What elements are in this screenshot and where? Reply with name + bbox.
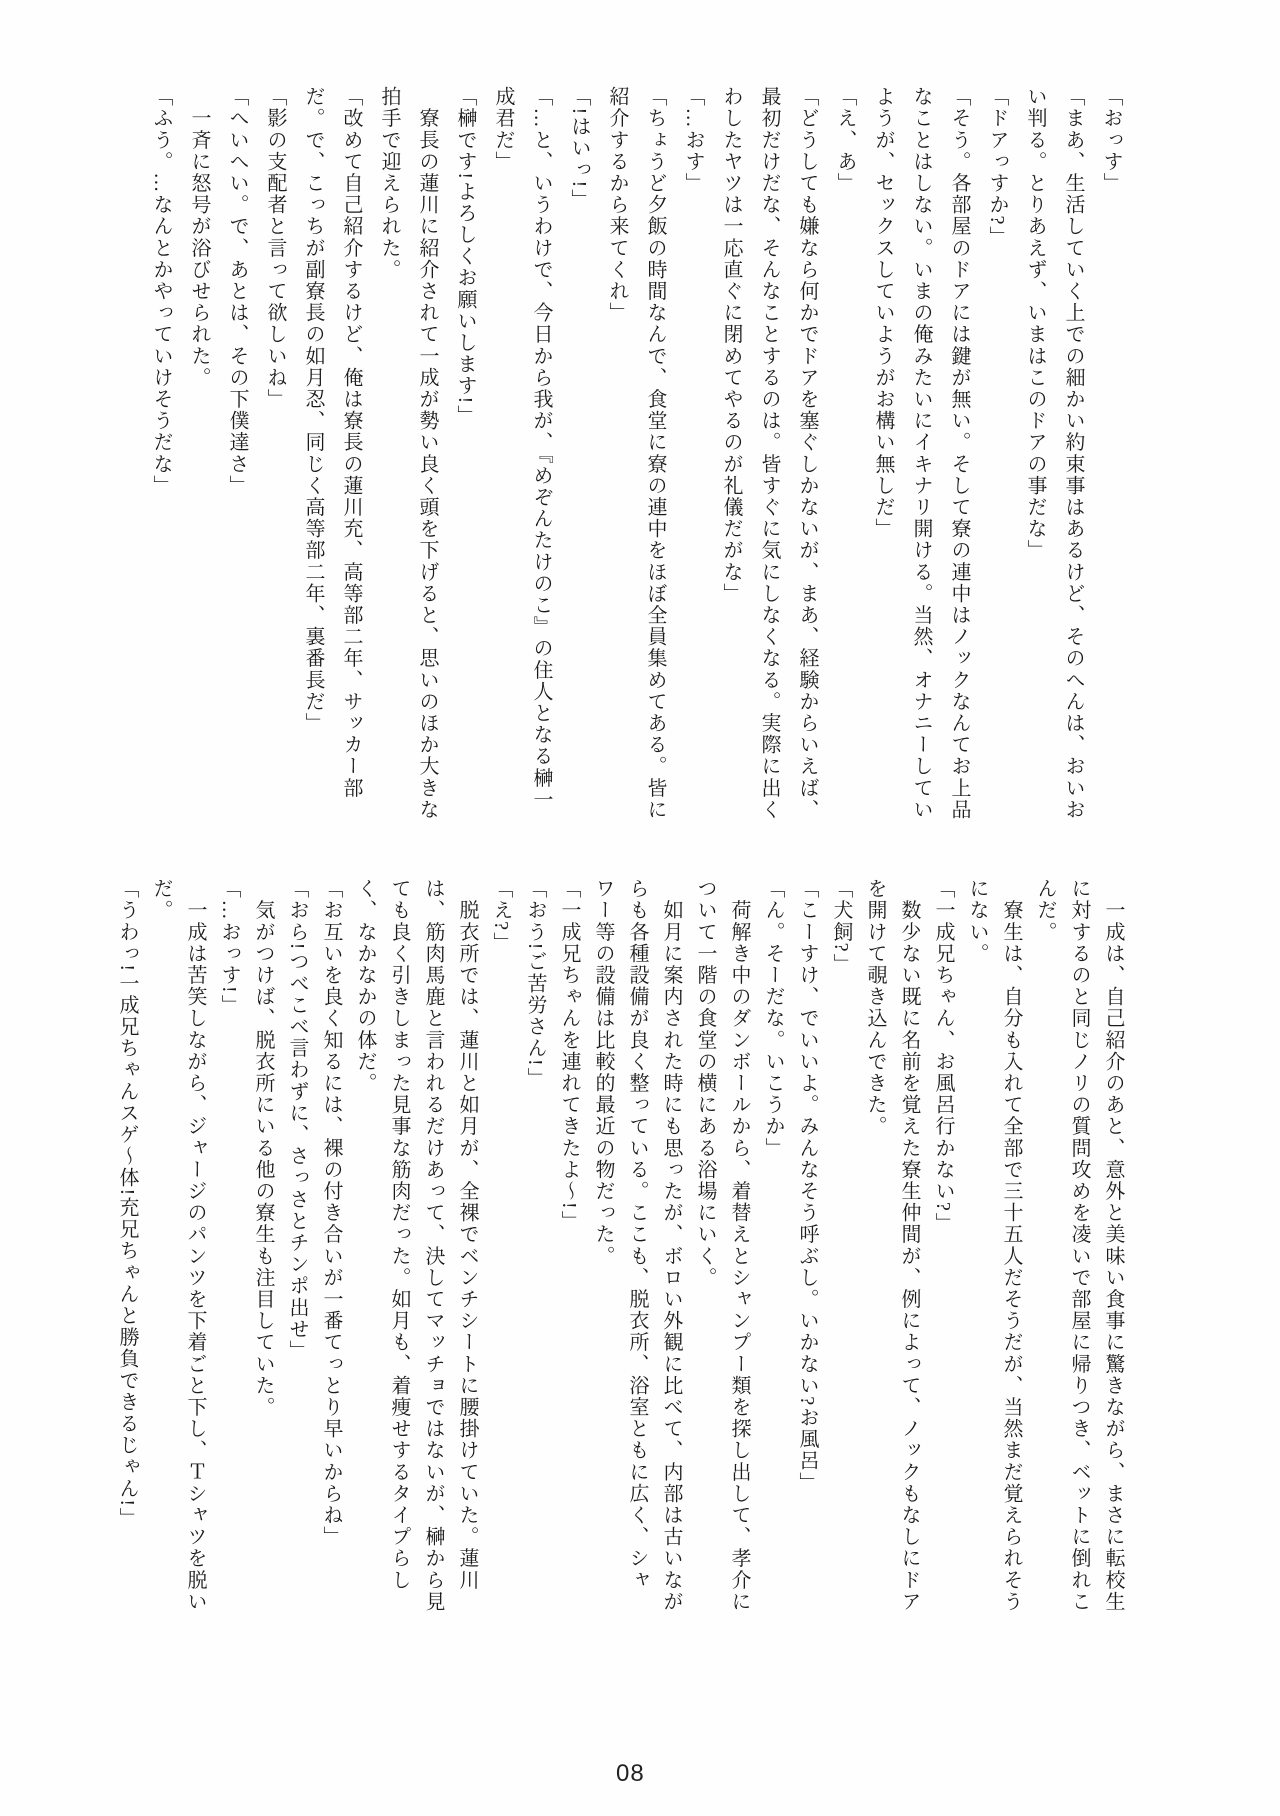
paragraph: 「…おす」 xyxy=(674,86,712,828)
lower-text-block: 一成は、自己紹介のあと、意外と美味い食事に驚きながら、まさに転校生に対するのと同… xyxy=(110,878,1130,1620)
paragraph: 「一成兄ちゃんを連れてきたよ〜!」 xyxy=(552,878,586,1620)
scanned-book-page: 「おっす」 「まあ、生活していく上での細かい約束事はあるけど、そのへんは、おいお… xyxy=(0,0,1280,1816)
upper-text-block: 「おっす」 「まあ、生活していく上での細かい約束事はあるけど、そのへんは、おいお… xyxy=(142,86,1130,828)
paragraph: 脱衣所では、蓮川と如月が、全裸でベンチシートに腰掛けていた。蓮川は、筋肉馬鹿と言… xyxy=(348,878,484,1620)
paragraph: 「おら!つべこべ言わずに、さっさとチンポ出せ」 xyxy=(280,878,314,1620)
paragraph: 一成は、自己紹介のあと、意外と美味い食事に驚きながら、まさに転校生に対するのと同… xyxy=(1028,878,1130,1620)
paragraph: 寮長の蓮川に紹介されて一成が勢い良く頭を下げると、思いのほか大きな拍手で迎えられ… xyxy=(370,86,446,828)
paragraph: 「犬飼?」 xyxy=(824,878,858,1620)
paragraph: 「榊です!よろしくお願いします!」 xyxy=(446,86,484,828)
paragraph: 気がつけば、脱衣所にいる他の寮生も注目していた。 xyxy=(246,878,280,1620)
paragraph: 荷解き中のダンボールから、着替えとシャンプー類を探し出して、孝介について一階の食… xyxy=(688,878,756,1620)
paragraph: 「ドアっすか?」 xyxy=(978,86,1016,828)
paragraph: 一斉に怒号が浴びせられた。 xyxy=(180,86,218,828)
paragraph: 「…おっす!」 xyxy=(212,878,246,1620)
paragraph: 「どうしても嫌なら何かでドアを塞ぐしかないが、まあ、経験からいえば、最初だけだな… xyxy=(712,86,826,828)
page-number: 08 xyxy=(616,1760,645,1788)
paragraph: 如月に案内された時にも思ったが、ボロい外観に比べて、内部は古いながらも各種設備が… xyxy=(586,878,688,1620)
paragraph: 「え、あ」 xyxy=(826,86,864,828)
paragraph: 「ちょうど夕飯の時間なんで、食堂に寮の連中をほぼ全員集めてある。皆に紹介するから… xyxy=(598,86,674,828)
paragraph: 「お互いを良く知るには、裸の付き合いが一番てっとり早いからね」 xyxy=(314,878,348,1620)
paragraph: 数少ない既に名前を覚えた寮生仲間が、例によって、ノックもなしにドアを開けて覗き込… xyxy=(858,878,926,1620)
paragraph: 「ん。そーだな。いこうか」 xyxy=(756,878,790,1620)
paragraph: 「え?」 xyxy=(484,878,518,1620)
paragraph: 「へいへい。で、あとは、その下僕達さ」 xyxy=(218,86,256,828)
paragraph: 「影の支配者と言って欲しいね」 xyxy=(256,86,294,828)
paragraph: 寮生は、自分も入れて全部で三十五人だそうだが、当然まだ覚えられそうにない。 xyxy=(960,878,1028,1620)
paragraph: 「そう。各部屋のドアには鍵が無い。そして寮の連中はノックなんてお上品なことはしな… xyxy=(864,86,978,828)
paragraph: 「…と、いうわけで、今日から我が、『めぞんたけのこ』の住人となる榊一成君だ」 xyxy=(484,86,560,828)
paragraph: 「こーすけ、でいいよ。みんなそう呼ぶし。いかない?お風呂」 xyxy=(790,878,824,1620)
paragraph: 「!はいっ!」 xyxy=(560,86,598,828)
paragraph: 「まあ、生活していく上での細かい約束事はあるけど、そのへんは、おいおい判る。とり… xyxy=(1016,86,1092,828)
paragraph: 「ふう。…なんとかやっていけそうだな」 xyxy=(142,86,180,828)
paragraph: 「おう!ご苦労さん!」 xyxy=(518,878,552,1620)
paragraph: 「おっす」 xyxy=(1092,86,1130,828)
paragraph: 「一成兄ちゃん、お風呂行かない?」 xyxy=(926,878,960,1620)
paragraph: 「うわっ!一成兄ちゃんスゲ〜体!充兄ちゃんと勝負できるじゃん!」 xyxy=(110,878,144,1620)
paragraph: 一成は苦笑しながら、ジャージのパンツを下着ごと下し、Ｔシャツを脱いだ。 xyxy=(144,878,212,1620)
paragraph: 「改めて自己紹介するけど、俺は寮長の蓮川充、高等部二年、サッカー部だ。で、こっち… xyxy=(294,86,370,828)
